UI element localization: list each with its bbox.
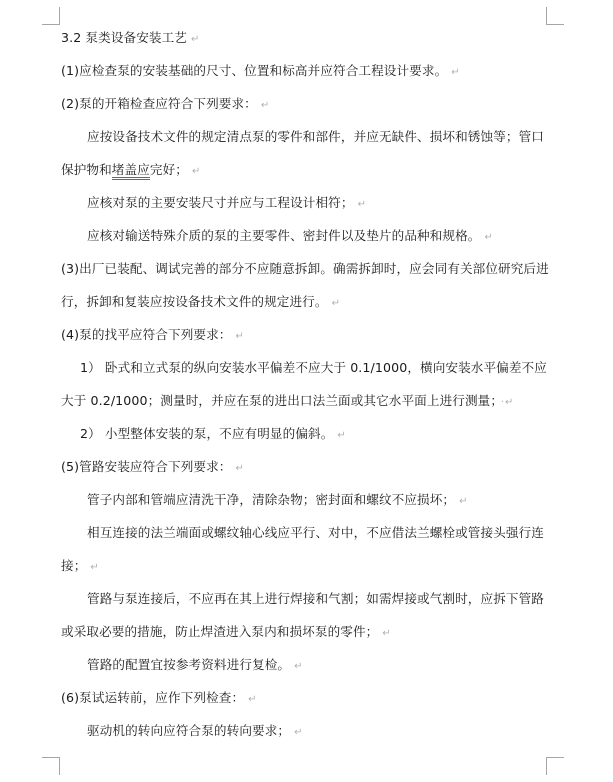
margin-corner-top-left (42, 7, 60, 25)
line-text: 或采取必要的措施，防止焊渣进入泵内和损坏泵的零件； (61, 624, 378, 639)
line-text: 应按设备技术文件的规定清点泵的零件和部件，并应无缺件、损坏和锈蚀等；管口 (87, 129, 544, 144)
line-text: 驱动机的转向应符合泵的转向要求； (87, 723, 290, 738)
line-text: 1） 卧式和立式泵的纵向安装水平偏差不应大于 0.1/1000，横向安装水平偏差… (80, 360, 547, 375)
document-page[interactable]: 3.2 泵类设备安装工艺↵ (1)应检查泵的安装基础的尺寸、位置和标高并应符合工… (0, 0, 613, 782)
paragraph-mark-icon: ↵ (332, 298, 340, 309)
line-text: 保护物和 (61, 162, 112, 177)
line-text: 管路与泵连接后，不应再在其上进行焊接和气割；如需焊接或气割时，应拆下管路 (87, 591, 544, 606)
spellcheck-underlined-text[interactable]: 堵盖应 (112, 162, 150, 180)
paragraph-mark-icon: ↵ (261, 100, 269, 111)
paragraph-line[interactable]: 1） 卧式和立式泵的纵向安装水平偏差不应大于 0.1/1000，横向安装水平偏差… (80, 360, 547, 376)
line-text: 完好； (150, 162, 188, 177)
paragraph-line[interactable]: (1)应检查泵的安装基础的尺寸、位置和标高并应符合工程设计要求。↵ (61, 63, 460, 81)
paragraph-mark-icon: ↵ (451, 67, 459, 78)
paragraph-mark-icon: ↵ (505, 397, 513, 408)
line-text: 应核对输送特殊介质的泵的主要零件、密封件以及垫片的品种和规格。 (87, 228, 481, 243)
paragraph-line[interactable]: (5)管路安装应符合下列要求：↵ (61, 459, 244, 477)
line-text: 相互连接的法兰端面或螺纹轴心线应平行、对中，不应借法兰螺栓或管接头强行连 (87, 525, 544, 540)
paragraph-line[interactable]: 保护物和堵盖应完好；↵ (61, 162, 200, 180)
paragraph-mark-icon: ↵ (191, 34, 199, 45)
line-text: (2)泵的开箱检查应符合下列要求： (61, 96, 257, 111)
paragraph-mark-icon: ↵ (382, 628, 390, 639)
paragraph-line[interactable]: (2)泵的开箱检查应符合下列要求：↵ (61, 96, 269, 114)
line-text: 行，拆卸和复装应按设备技术文件的规定进行。 (61, 294, 328, 309)
line-text: 管子内部和管端应清洗干净，清除杂物；密封面和螺纹不应损坏； (87, 492, 455, 507)
paragraph-mark-icon: ↵ (358, 199, 366, 210)
line-text: (6)泵试运转前，应作下列检查： (61, 690, 244, 705)
line-text: (4)泵的找平应符合下列要求： (61, 327, 231, 342)
paragraph-line[interactable]: 大于 0.2/1000；测量时，并应在泵的进出口法兰面或其它水平面上进行测量；·… (61, 393, 514, 411)
section-heading[interactable]: 3.2 泵类设备安装工艺↵ (61, 30, 199, 48)
paragraph-mark-icon: ↵ (192, 166, 200, 177)
paragraph-line[interactable]: 相互连接的法兰端面或螺纹轴心线应平行、对中，不应借法兰螺栓或管接头强行连 (87, 525, 544, 541)
paragraph-line[interactable]: 或采取必要的措施，防止焊渣进入泵内和损坏泵的零件；↵ (61, 624, 391, 642)
paragraph-line[interactable]: 应核对泵的主要安装尺寸并应与工程设计相符；↵ (87, 195, 366, 213)
paragraph-mark-icon: ↵ (90, 562, 98, 573)
paragraph-line[interactable]: 2） 小型整体安装的泵，不应有明显的偏斜。↵ (80, 426, 346, 444)
line-text: 管路的配置宜按参考资料进行复检。 (87, 657, 290, 672)
paragraph-line[interactable]: 应核对输送特殊介质的泵的主要零件、密封件以及垫片的品种和规格。↵ (87, 228, 493, 246)
paragraph-line[interactable]: 应按设备技术文件的规定清点泵的零件和部件，并应无缺件、损坏和锈蚀等；管口 (87, 129, 544, 145)
paragraph-mark-icon: ↵ (248, 694, 256, 705)
line-text: 大于 0.2/1000；测量时，并应在泵的进出口法兰面或其它水平面上进行测量； (61, 393, 497, 408)
paragraph-line[interactable]: 管路的配置宜按参考资料进行复检。↵ (87, 657, 303, 675)
space-mark-icon: · (501, 397, 504, 408)
paragraph-line[interactable]: (4)泵的找平应符合下列要求：↵ (61, 327, 244, 345)
paragraph-mark-icon: ↵ (294, 661, 302, 672)
paragraph-mark-icon: ↵ (235, 331, 243, 342)
line-text: (5)管路安装应符合下列要求： (61, 459, 231, 474)
line-text: (1)应检查泵的安装基础的尺寸、位置和标高并应符合工程设计要求。 (61, 63, 447, 78)
line-text: 接； (61, 558, 86, 573)
line-text: (3)出厂已装配、调试完善的部分不应随意拆卸。确需拆卸时，应会同有关部位研究后进 (61, 261, 549, 276)
margin-corner-bottom-left (42, 757, 60, 775)
paragraph-line[interactable]: 驱动机的转向应符合泵的转向要求；↵ (87, 723, 303, 741)
paragraph-mark-icon: ↵ (337, 430, 345, 441)
paragraph-line[interactable]: (3)出厂已装配、调试完善的部分不应随意拆卸。确需拆卸时，应会同有关部位研究后进 (61, 261, 549, 277)
paragraph-line[interactable]: (6)泵试运转前，应作下列检查：↵ (61, 690, 257, 708)
paragraph-mark-icon: ↵ (459, 496, 467, 507)
heading-text: 3.2 泵类设备安装工艺 (61, 30, 187, 45)
margin-corner-bottom-right (546, 757, 564, 775)
paragraph-mark-icon: ↵ (235, 463, 243, 474)
paragraph-mark-icon: ↵ (485, 232, 493, 243)
paragraph-line[interactable]: 管路与泵连接后，不应再在其上进行焊接和气割；如需焊接或气割时，应拆下管路 (87, 591, 544, 607)
paragraph-line[interactable]: 管子内部和管端应清洗干净，清除杂物；密封面和螺纹不应损坏；↵ (87, 492, 468, 510)
paragraph-mark-icon: ↵ (294, 727, 302, 738)
paragraph-line[interactable]: 接；↵ (61, 558, 99, 576)
line-text: 2） 小型整体安装的泵，不应有明显的偏斜。 (80, 426, 333, 441)
paragraph-line[interactable]: 行，拆卸和复装应按设备技术文件的规定进行。↵ (61, 294, 340, 312)
line-text: 应核对泵的主要安装尺寸并应与工程设计相符； (87, 195, 354, 210)
margin-corner-top-right (546, 7, 564, 25)
